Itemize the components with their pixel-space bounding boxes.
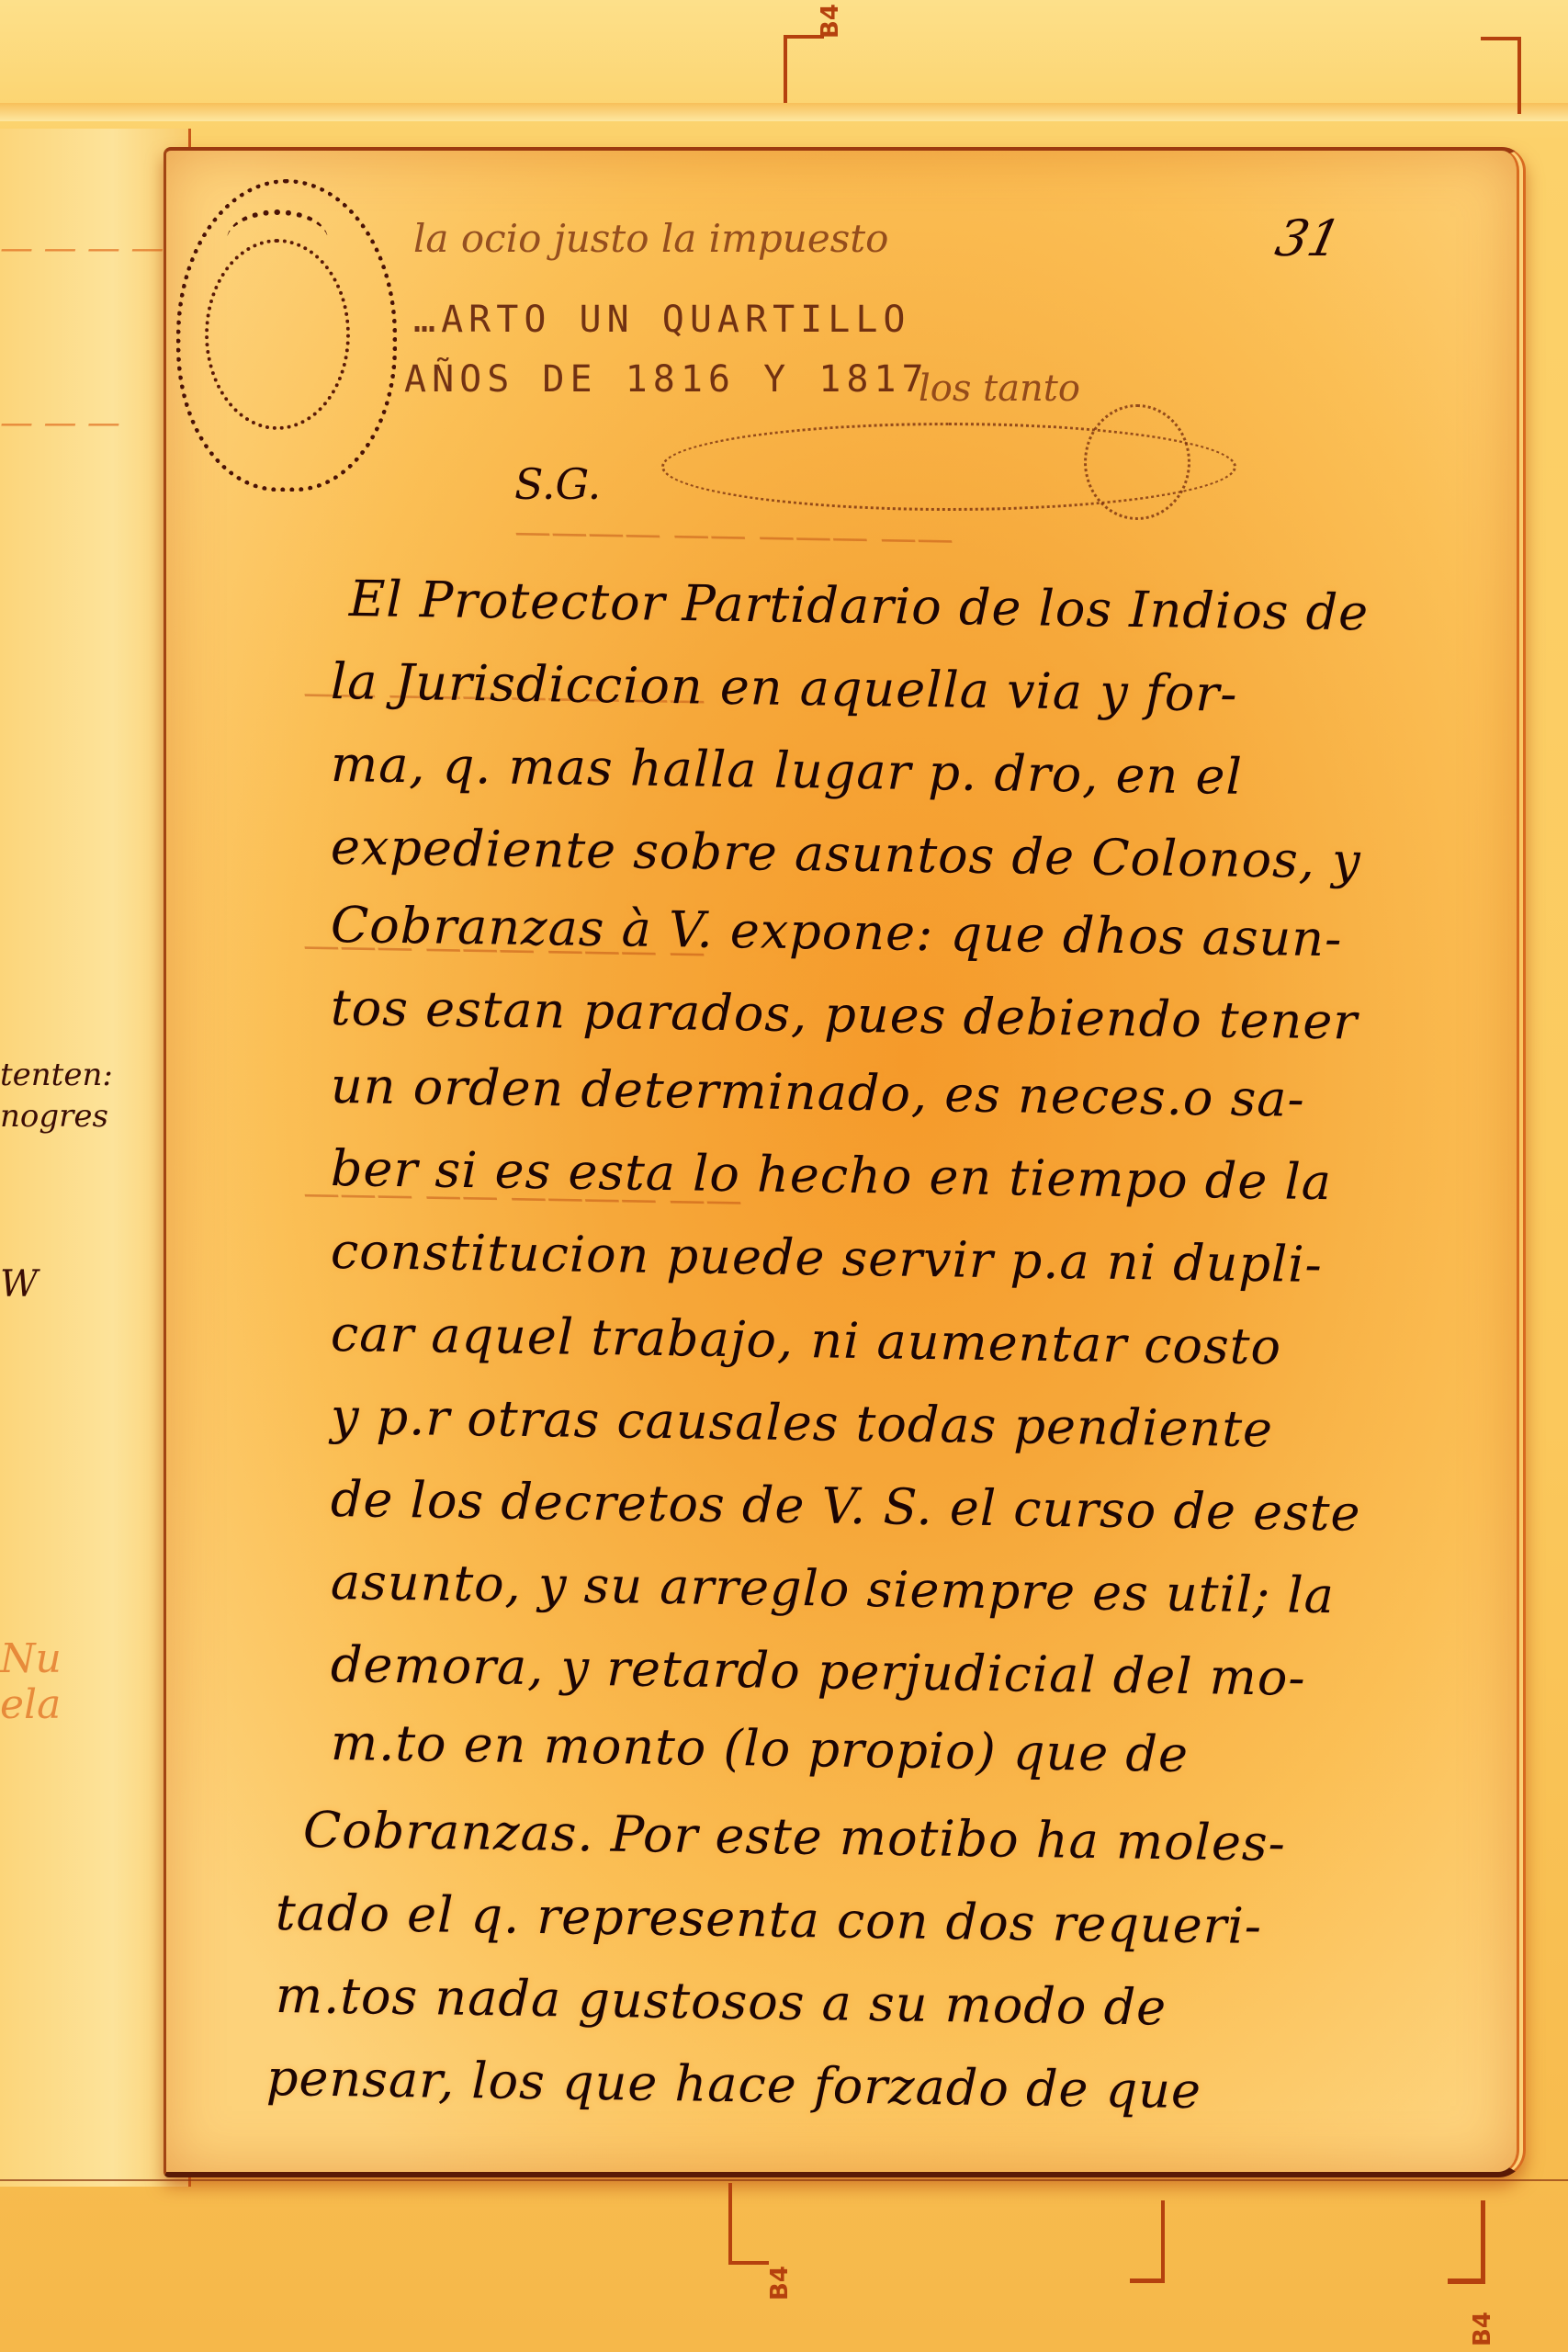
crop-marker-label-bottom-left: B4 (766, 2266, 794, 2301)
top-paper-edge (0, 103, 1568, 121)
stamp-text-line1: …ARTO UN QUARTILLO (413, 299, 910, 341)
crop-marker-top-left (784, 35, 824, 103)
body-line: m.to en monto (lo propio) que de (331, 1713, 1190, 1783)
facing-faint-line: — — — — (0, 230, 164, 267)
stamp-text-line2: AÑOS DE 1816 Y 1817 (404, 358, 930, 401)
facing-fragment: W (0, 1263, 38, 1306)
facing-fragment: ela (0, 1681, 61, 1728)
facing-fragment: Nu (0, 1635, 62, 1682)
crop-marker-bottom-left (728, 2183, 769, 2265)
crop-marker-top-right (1481, 37, 1521, 114)
facing-fragment: tenten: (0, 1057, 113, 1093)
preamble-line: la ocio justo la impuesto (413, 216, 888, 261)
preamble-line: los tanto (919, 367, 1080, 410)
crop-marker-label-bottom-right: B4 (1469, 2312, 1496, 2346)
crop-marker-bottom-far-right (1448, 2200, 1485, 2284)
coat-of-arms-icon (205, 239, 350, 430)
heading-abbreviation: S.G. (514, 459, 601, 509)
facing-page-left: — — — — — — — tenten: nogres W Nu ela (0, 129, 191, 2187)
facing-faint-line: — — — (0, 404, 120, 442)
bleed-through-text: —— ——— —— ———— (514, 511, 954, 560)
crop-marker-bottom-right (1130, 2200, 1165, 2283)
facing-fragment: nogres (0, 1098, 108, 1135)
folio-number: 31 (1270, 209, 1346, 267)
rubric-flourish-icon (1084, 404, 1190, 520)
crop-marker-label-top-left: B4 (817, 4, 844, 39)
royal-seal-stamp-icon (176, 179, 397, 492)
scan-mount-edge (0, 2179, 1568, 2181)
